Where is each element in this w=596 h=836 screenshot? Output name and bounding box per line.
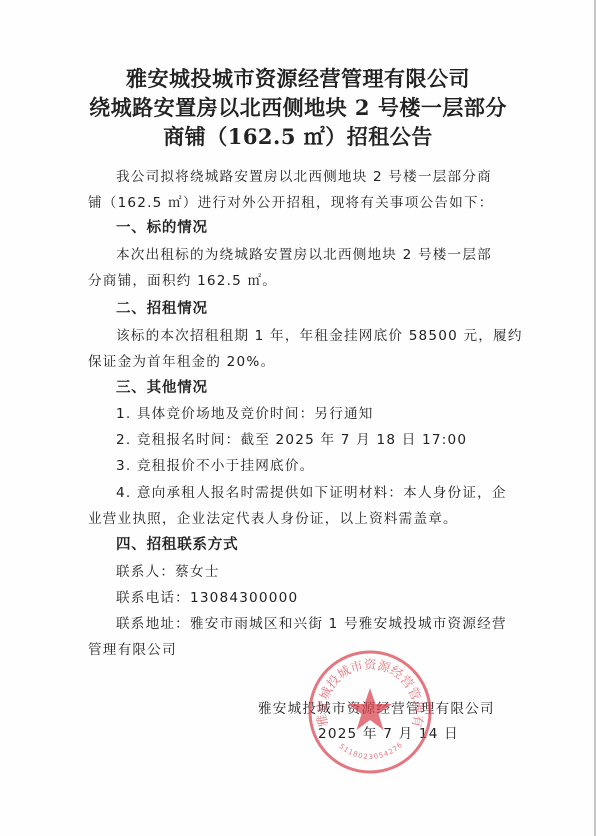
section-3-item-4: 4. 意向承租人报名时需提供如下证明材料：本人身份证，企 bbox=[116, 481, 507, 501]
intro-line-2: 铺（162.5 ㎡）进行对外公开招租，现将有关事项公告如下： bbox=[88, 191, 494, 211]
svg-text:5118023054276: 5118023054276 bbox=[337, 741, 404, 762]
section-2-heading: 二、招租情况 bbox=[116, 297, 208, 318]
contact-address-cont: 管理有限公司 bbox=[88, 638, 177, 658]
contact-address: 联系地址：雅安市雨城区和兴街 1 号雅安城投城市资源经营 bbox=[116, 612, 507, 632]
signature-organization: 雅安城投城市资源经营管理有限公司 bbox=[258, 697, 495, 717]
seal-code: 5118023054276 bbox=[337, 741, 404, 762]
section-3-item-2: 2. 竞租报名时间：截至 2025 年 7 月 18 日 17:00 bbox=[116, 428, 467, 448]
section-3-heading: 三、其他情况 bbox=[116, 376, 208, 397]
section-4-heading: 四、招租联系方式 bbox=[116, 533, 238, 554]
contact-person: 联系人：蔡女士 bbox=[116, 560, 220, 580]
section-2-line-2: 保证金为首年租金的 20%。 bbox=[88, 350, 275, 370]
contact-phone: 联系电话：13084300000 bbox=[116, 586, 298, 606]
section-3-item-4-cont: 业营业执照，企业法定代表人身份证，以上资料需盖章。 bbox=[88, 507, 458, 527]
title-line-2: 绕城路安置房以北西侧地块 2 号楼一层部分 bbox=[0, 92, 596, 122]
section-3-item-3: 3. 竞租报价不小于挂网底价。 bbox=[116, 454, 314, 474]
signature-date: 2025 年 7 月 14 日 bbox=[318, 722, 459, 742]
title-line-3: 商铺（162.5 ㎡）招租公告 bbox=[0, 121, 596, 151]
title-line-1: 雅安城投城市资源经营管理有限公司 bbox=[0, 63, 596, 93]
section-1-line-2: 分商铺，面积约 162.5 ㎡。 bbox=[88, 269, 277, 289]
section-3-item-1: 1. 具体竞价场地及竞价时间：另行通知 bbox=[116, 402, 374, 422]
section-1-heading: 一、标的情况 bbox=[116, 216, 208, 237]
section-1-line-1: 本次出租标的为绕城路安置房以北西侧地块 2 号楼一层部 bbox=[116, 243, 492, 263]
document-page: 雅安城投城市资源经营管理有限公司 绕城路安置房以北西侧地块 2 号楼一层部分 商… bbox=[0, 0, 596, 836]
section-2-line-1: 该标的本次招租租期 1 年，年租金挂网底价 58500 元，履约 bbox=[116, 324, 523, 344]
intro-line-1: 我公司拟将绕城路安置房以北西侧地块 2 号楼一层部分商 bbox=[116, 165, 492, 185]
